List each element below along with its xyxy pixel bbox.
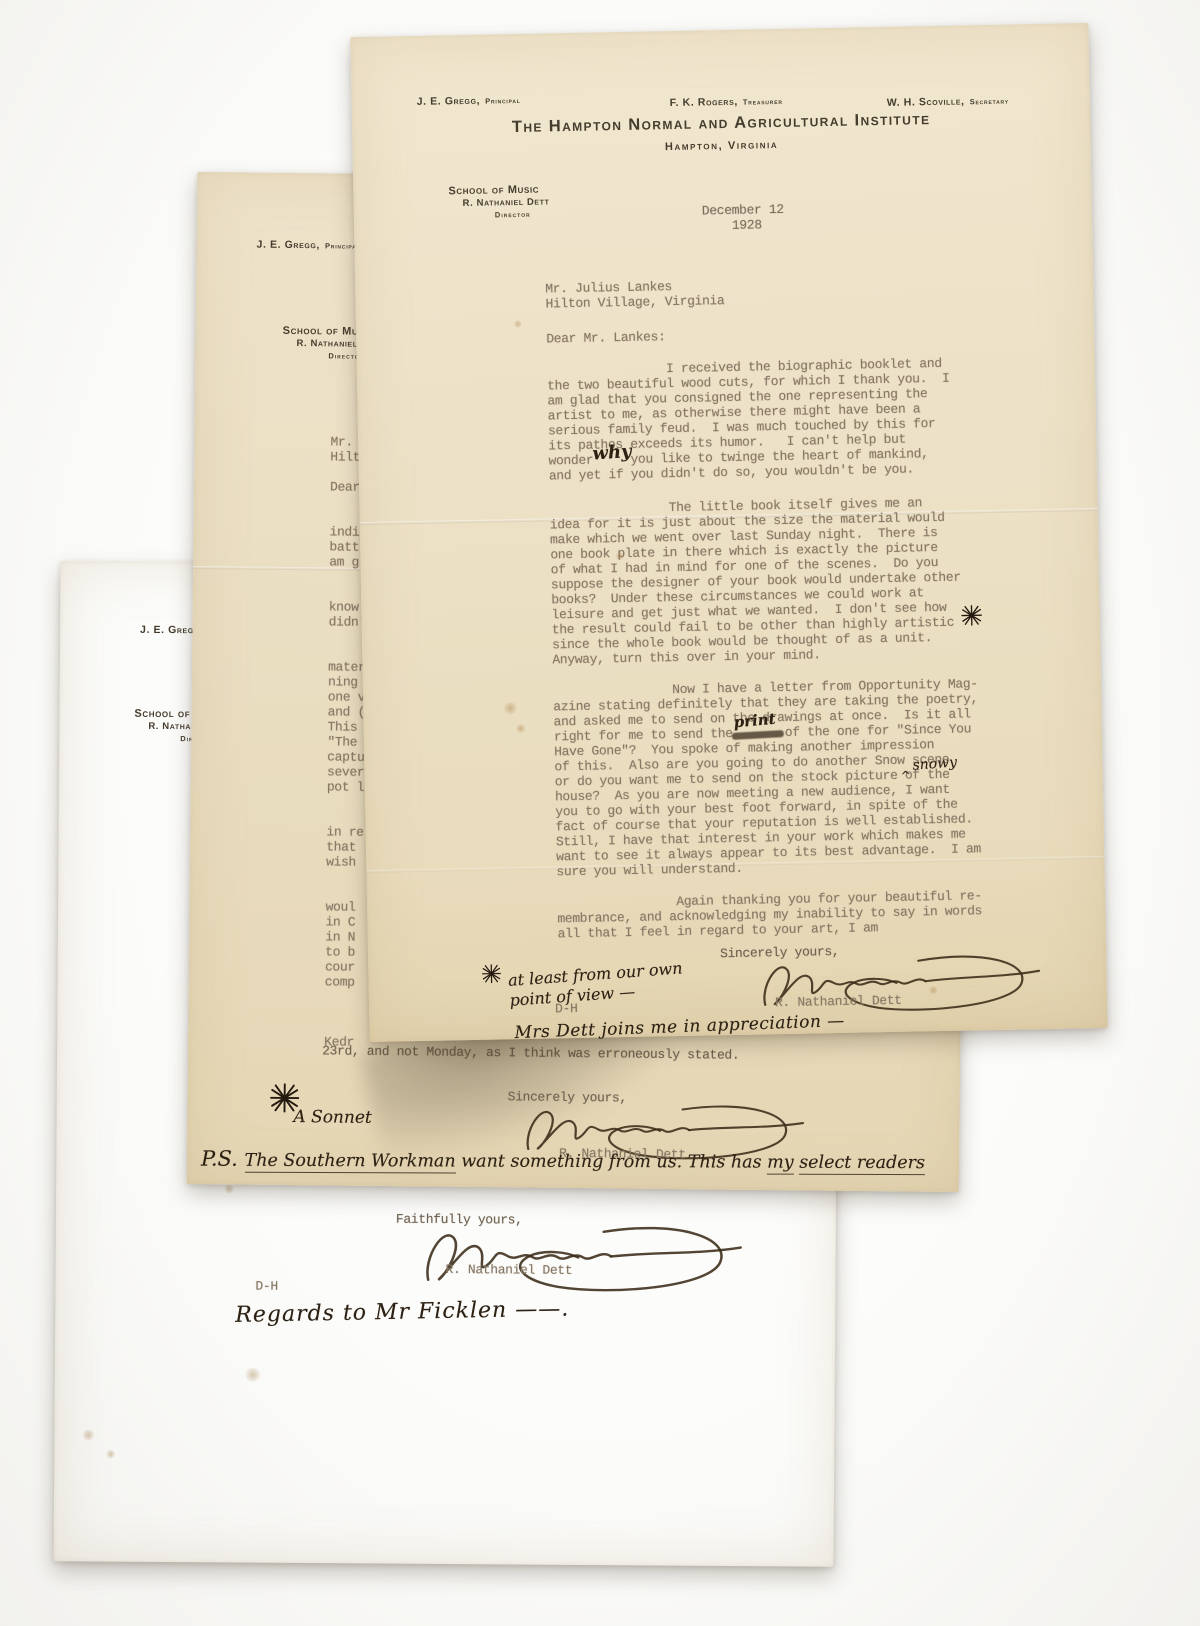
ps-underlined-1: The Southern Workman <box>244 1151 455 1174</box>
caret-mark: ^ <box>901 769 911 783</box>
valediction: Faithfully yours, <box>396 1212 523 1228</box>
body-paragraph-2: The little book itself gives me an idea … <box>549 495 962 668</box>
hand-asterisk-icon <box>959 603 983 627</box>
body-paragraph-1: I received the biographic booklet and th… <box>547 356 952 484</box>
secretary-title: Secretary <box>970 97 1009 107</box>
signature-scribble <box>415 1216 746 1304</box>
principal-title: Principal <box>485 96 521 106</box>
director-title: Director <box>449 208 550 222</box>
typist-initials: D-H <box>255 1279 277 1294</box>
letter-page-1: J. E. Gregg, Principal F. K. Rogers, Tre… <box>350 23 1107 1042</box>
valediction: Sincerely yours, <box>508 1089 627 1105</box>
body-paragraph-4: Again thanking you for your beautiful re… <box>557 888 983 941</box>
handwritten-insertion-print: print <box>733 710 776 732</box>
recipient-address: Mr. Julius Lankes Hilton Village, Virgin… <box>545 278 724 311</box>
signature-typed-name: R. Nathaniel Dett <box>775 993 902 1010</box>
handwritten-insertion-why: why <box>592 441 632 465</box>
date-line: December 12 1928 <box>702 202 785 234</box>
treasurer-name: F. K. Rogers, <box>670 96 738 109</box>
principal-name: J. E. Gregg, <box>417 95 481 108</box>
handwritten-regards: Regards to Mr Ficklen ——. <box>235 1296 569 1327</box>
ps-label: P.S. <box>201 1147 245 1171</box>
principal-name: J. E. Gregg, <box>256 239 320 252</box>
dated-line: 23rd, and not Monday, as I think was err… <box>322 1043 739 1062</box>
ps-underlined-2: my <box>767 1153 794 1175</box>
treasurer-title: Treasurer <box>743 97 783 107</box>
letterhead-treasurer: F. K. Rogers, Treasurer <box>670 91 783 111</box>
letterhead-principal: J. E. Gregg, Principal <box>256 235 360 254</box>
salutation: Dear Mr. Lankes: <box>546 329 666 346</box>
ps-underlined-3: select readers <box>799 1153 925 1175</box>
letterhead-secretary: W. H. Scoville, Secretary <box>887 91 1009 111</box>
handwritten-footnote: at least from our own point of view — <box>507 958 684 1010</box>
hand-asterisk-icon <box>480 962 502 984</box>
signature-typed-name: R. Nathaniel Dett <box>446 1262 573 1278</box>
handwritten-note-a-sonnet: A Sonnet <box>293 1107 372 1128</box>
handwritten-postscript: P.S. The Southern Workman want something… <box>201 1147 925 1174</box>
body-paragraph-3: Now I have a letter from Opportunity Mag… <box>553 676 981 879</box>
typist-initials: D-H <box>555 1001 578 1016</box>
secretary-name: W. H. Scoville, <box>887 95 965 108</box>
ps-text: want something from us. This has <box>456 1151 768 1172</box>
photograph-of-letters: J. E. Gregg, Principal School of Music R… <box>0 0 1200 1626</box>
director-name: R. Nathaniel Dett <box>449 196 550 210</box>
letterhead-principal: J. E. Gregg, Principal <box>416 90 520 110</box>
valediction: Sincerely yours, <box>720 944 840 961</box>
handwritten-insertion-snowy: snowy <box>912 755 958 774</box>
letterhead-school-block: School of Music R. Nathaniel Dett Direct… <box>448 183 549 222</box>
